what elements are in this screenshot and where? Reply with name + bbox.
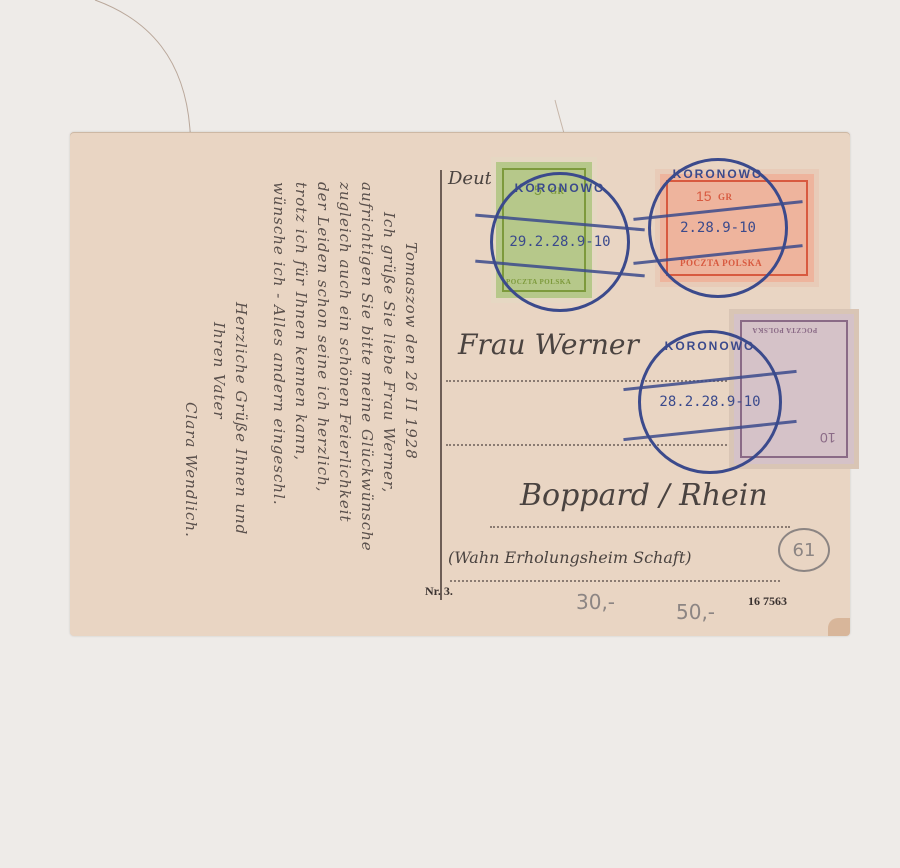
printed-serial: 16 7563	[748, 594, 787, 609]
postmark: KORONOWO 29.2.28.9-10	[490, 172, 630, 312]
pencil-price-2: 50,-	[676, 600, 715, 624]
address-line-3: (Wahn Erholungsheim Schaft)	[448, 548, 691, 567]
pencil-price-1: 30,-	[576, 590, 615, 614]
printed-number: Nr. 3.	[425, 584, 453, 599]
postmark: KORONOWO 28.2.28.9-10	[638, 330, 782, 474]
center-divider	[440, 170, 442, 600]
message-line: Tomaszow den 26 II 1928	[402, 242, 420, 460]
message-line: aufrichtigen Sie bitte meine Glückwünsch…	[358, 182, 376, 552]
postmark: KORONOWO 2.28.9-10	[648, 158, 788, 298]
message-line: Ihren Vater	[210, 322, 228, 420]
corner-damage	[828, 618, 850, 636]
message-area: Tomaszow den 26 II 1928 Ich grüße Sie li…	[90, 162, 430, 622]
signature: Clara Wendlich.	[182, 402, 200, 538]
message-line: wünsche ich - Alles andern eingeschl.	[270, 182, 288, 506]
message-line: Herzliche Grüße Ihnen und	[232, 302, 250, 535]
pencil-circled-number: 61	[778, 528, 830, 572]
message-line: Ich grüße Sie liebe Frau Werner,	[380, 212, 398, 493]
address-line-1: Frau Werner	[458, 328, 639, 361]
message-line: zugleich auch ein schönen Feierlichkeit	[336, 182, 354, 523]
postcard: Tomaszow den 26 II 1928 Ich grüße Sie li…	[70, 132, 850, 636]
message-line: der Leiden schon seine ich herzlich,	[314, 182, 332, 493]
address-rule	[490, 526, 790, 528]
message-line: trotz ich für Ihnen kennen kann,	[292, 182, 310, 461]
address-line-2: Boppard / Rhein	[520, 478, 768, 513]
address-rule	[450, 580, 780, 582]
